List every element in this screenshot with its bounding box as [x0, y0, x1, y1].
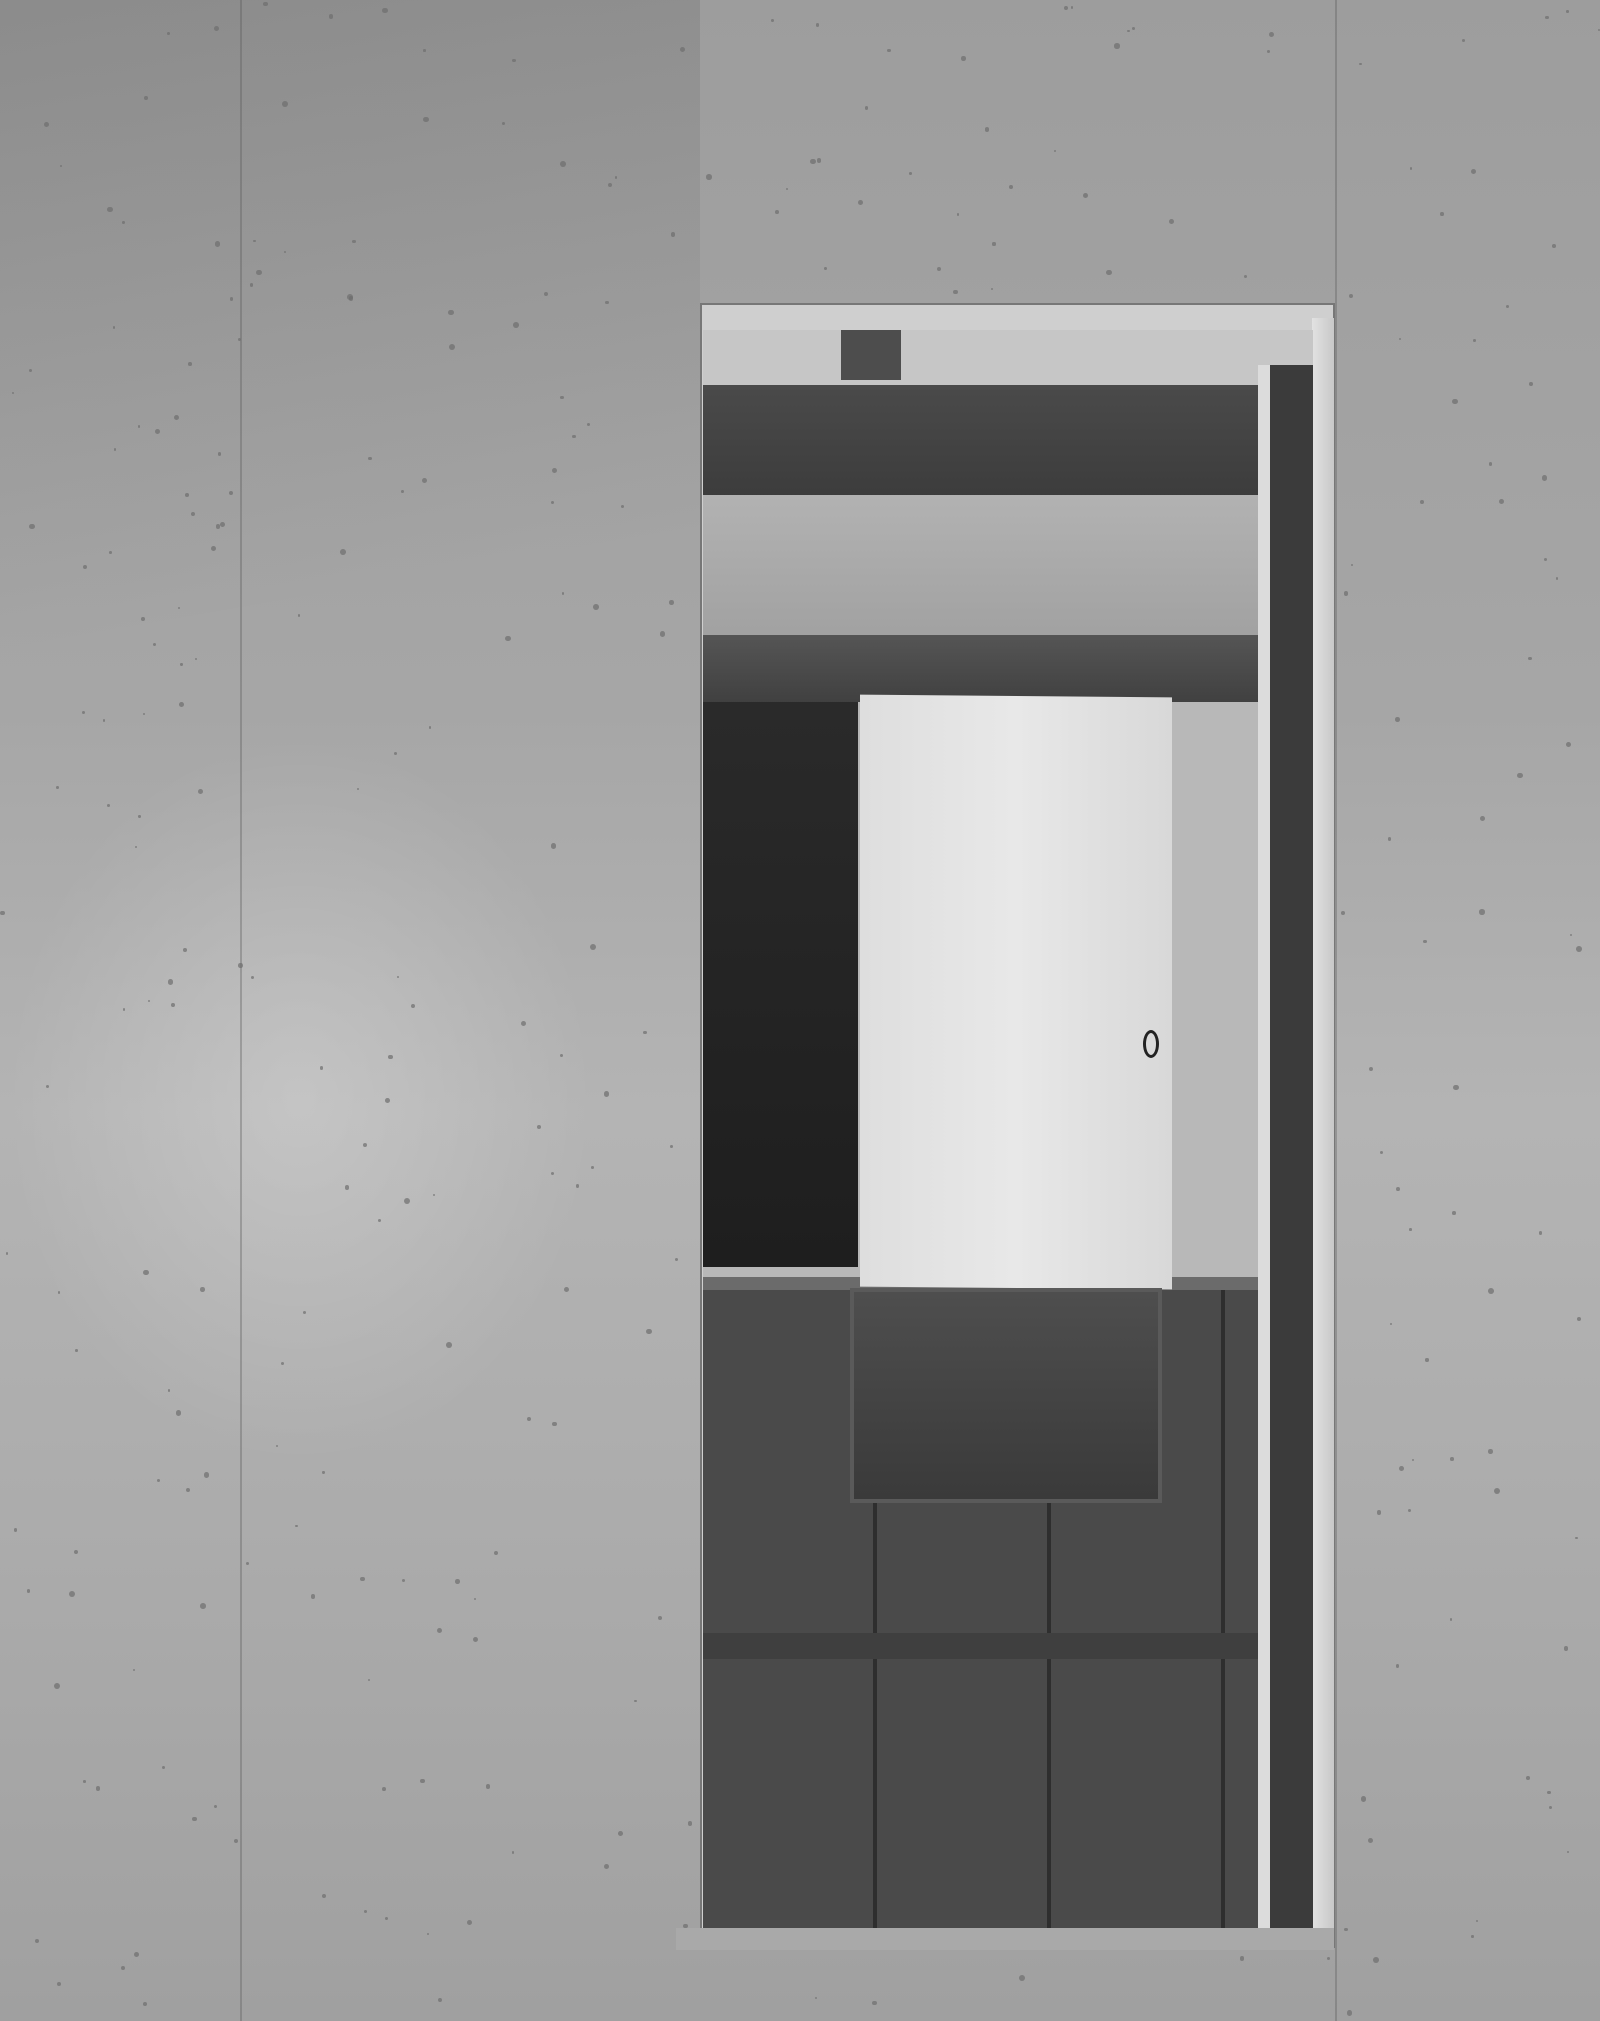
speck	[138, 815, 140, 817]
speck	[295, 1525, 297, 1527]
speck	[1054, 150, 1056, 152]
speck	[660, 631, 665, 636]
speck	[360, 1577, 365, 1582]
speck	[560, 1054, 563, 1057]
speck	[200, 1287, 205, 1292]
speck	[1566, 10, 1568, 12]
speck	[433, 1194, 435, 1196]
speck	[437, 1628, 442, 1633]
door-ring-handle-icon	[1143, 1030, 1159, 1058]
speck	[251, 976, 254, 979]
side-door-post	[1258, 365, 1313, 1928]
speck	[250, 283, 253, 286]
speck	[1368, 1838, 1373, 1843]
speck	[1528, 657, 1532, 661]
speck	[824, 267, 827, 270]
speck	[985, 127, 990, 132]
speck	[865, 106, 869, 110]
speck	[200, 1603, 206, 1609]
speck	[810, 159, 816, 165]
speck	[1390, 1323, 1392, 1325]
speck	[168, 1389, 171, 1392]
speck	[1598, 29, 1600, 31]
speck	[1369, 1067, 1373, 1071]
speck	[1529, 382, 1533, 386]
speck	[282, 101, 288, 107]
speck	[1114, 43, 1120, 49]
speck	[322, 1471, 324, 1473]
speck	[618, 1831, 623, 1836]
speck	[590, 944, 596, 950]
speck	[494, 1551, 498, 1555]
speck	[148, 1000, 150, 1002]
speck	[1476, 1920, 1478, 1922]
speck	[122, 221, 125, 224]
speck	[368, 1679, 371, 1682]
speck	[276, 1445, 278, 1447]
speck	[658, 1616, 662, 1620]
speck	[1542, 475, 1548, 481]
speck	[1071, 6, 1074, 9]
speck	[420, 1779, 425, 1784]
speck	[1577, 1317, 1581, 1321]
speck	[54, 1683, 60, 1689]
speck	[397, 976, 399, 978]
wall-shadow	[0, 0, 700, 820]
speck	[957, 213, 959, 215]
speck	[385, 1098, 390, 1103]
speck	[591, 1166, 594, 1169]
speck	[1410, 167, 1412, 169]
speck	[378, 1219, 382, 1223]
speck	[1399, 338, 1401, 340]
speck	[572, 435, 576, 439]
ceiling-post	[841, 330, 901, 380]
speck	[188, 362, 192, 366]
speck	[1549, 1806, 1552, 1809]
speck	[670, 1145, 673, 1148]
speck	[815, 1997, 817, 1999]
speck	[1267, 50, 1271, 54]
speck	[1450, 1457, 1454, 1461]
speck	[680, 47, 685, 52]
speck	[593, 604, 599, 610]
speck	[872, 2001, 877, 2006]
paper-door-panel	[860, 695, 1172, 1290]
speck	[1359, 63, 1361, 65]
speck	[604, 1864, 609, 1869]
speck	[263, 2, 267, 6]
speck	[1425, 1358, 1428, 1361]
speck	[1499, 499, 1504, 504]
wall-paper-seam	[1335, 0, 1337, 2021]
plaster-band	[703, 495, 1263, 640]
speck	[281, 1362, 284, 1365]
speck	[1564, 1646, 1568, 1650]
speck	[438, 1998, 442, 2002]
speck	[121, 1966, 125, 1970]
speck	[35, 1939, 39, 1943]
speck	[1575, 1537, 1578, 1540]
speck	[27, 1589, 31, 1593]
speck	[505, 636, 510, 641]
speck	[402, 1579, 405, 1582]
speck	[1349, 294, 1353, 298]
speck	[401, 490, 404, 493]
speck	[113, 326, 115, 328]
speck	[1169, 219, 1174, 224]
speck	[1453, 1085, 1458, 1090]
speck	[14, 1528, 18, 1532]
speck	[74, 1550, 78, 1554]
speck	[1269, 32, 1274, 37]
speck	[1373, 1957, 1379, 1963]
speck	[455, 1579, 460, 1584]
speck	[404, 1198, 410, 1204]
speck	[786, 188, 788, 190]
speck	[57, 1982, 61, 1986]
speck	[1539, 1231, 1542, 1234]
speck	[513, 322, 519, 328]
speck	[423, 117, 428, 122]
speck	[143, 1270, 148, 1275]
speck	[144, 96, 148, 100]
speck	[1488, 1449, 1493, 1454]
speck	[176, 1410, 181, 1415]
speck	[1526, 1776, 1530, 1780]
speck	[168, 979, 174, 985]
speck	[605, 301, 608, 304]
speck	[562, 592, 564, 594]
speck	[643, 1031, 646, 1034]
speck	[1479, 909, 1484, 914]
speck	[1019, 1975, 1025, 1981]
speck	[1412, 1459, 1414, 1461]
speck	[909, 172, 912, 175]
speck	[178, 607, 180, 609]
speck	[83, 1780, 86, 1783]
speck	[1570, 934, 1572, 936]
speck	[256, 270, 261, 275]
speck	[107, 804, 110, 807]
speck	[992, 242, 995, 245]
speck	[1450, 1618, 1452, 1620]
dark-inner-room	[703, 702, 858, 1267]
speck	[706, 174, 712, 180]
speck	[186, 1488, 190, 1492]
speck	[551, 1172, 554, 1175]
speck	[1552, 244, 1556, 248]
speck	[1440, 212, 1444, 216]
speck	[1396, 1187, 1400, 1191]
speck	[646, 1329, 651, 1334]
speck	[364, 1910, 367, 1913]
speck	[1399, 1466, 1404, 1471]
speck	[96, 1786, 101, 1791]
speck	[552, 1422, 556, 1426]
speck	[109, 551, 112, 554]
speck	[56, 786, 59, 789]
speck	[671, 232, 675, 236]
speck	[427, 1933, 429, 1935]
speck	[1408, 1509, 1411, 1512]
speck	[58, 1291, 60, 1293]
speck	[467, 1920, 472, 1925]
speck	[382, 8, 388, 14]
speck	[311, 1594, 316, 1599]
speck	[216, 524, 220, 528]
speck	[135, 846, 137, 848]
speck	[394, 752, 397, 755]
speck	[1489, 462, 1492, 465]
speck	[771, 19, 774, 22]
speck	[1377, 1510, 1382, 1515]
speck	[349, 296, 353, 300]
speck	[167, 32, 170, 35]
upper-beam	[703, 385, 1263, 500]
speck	[388, 1055, 392, 1059]
speck	[446, 1342, 452, 1348]
speck	[1566, 742, 1571, 747]
speck	[1240, 1956, 1244, 1960]
speck	[564, 1287, 569, 1292]
speck	[486, 1784, 491, 1789]
speck	[1452, 1211, 1456, 1215]
speck	[429, 726, 431, 728]
speck	[512, 1851, 515, 1854]
speck	[238, 963, 243, 968]
speck	[1471, 1935, 1473, 1937]
speck	[363, 1143, 367, 1147]
speck	[1132, 27, 1135, 30]
speck	[162, 1766, 165, 1769]
speck	[1244, 275, 1248, 279]
speck	[180, 663, 182, 665]
speck	[675, 1258, 678, 1261]
door-frame-right-edge	[1312, 318, 1334, 1928]
speck	[6, 1252, 8, 1254]
speck	[502, 122, 505, 125]
speck	[1106, 270, 1111, 275]
speck	[1462, 39, 1465, 42]
speck	[1064, 6, 1068, 10]
speck	[527, 1417, 531, 1421]
speck	[215, 241, 220, 246]
speck	[204, 1472, 209, 1477]
speck	[411, 1004, 415, 1008]
speck	[615, 176, 618, 179]
speck	[634, 1700, 636, 1702]
speck	[12, 392, 14, 394]
speck	[141, 617, 145, 621]
speck	[171, 1003, 175, 1007]
speck	[155, 429, 160, 434]
speck	[1488, 1288, 1494, 1294]
speck	[816, 23, 819, 26]
speck	[937, 267, 942, 272]
speck	[345, 1185, 350, 1190]
speck	[1420, 500, 1424, 504]
speck	[157, 1479, 160, 1482]
speck	[775, 210, 779, 214]
speck	[1409, 1228, 1412, 1231]
speck	[576, 1184, 580, 1188]
speck	[1380, 1151, 1383, 1154]
speck	[1547, 1791, 1551, 1795]
speck	[1494, 1488, 1500, 1494]
speck	[246, 1562, 249, 1565]
speck	[214, 1805, 217, 1808]
speck	[604, 1091, 610, 1097]
speck	[1083, 193, 1088, 198]
speck	[1341, 911, 1345, 915]
speck	[621, 505, 624, 508]
speck	[185, 493, 189, 497]
speck	[183, 948, 187, 952]
speck	[1344, 591, 1349, 596]
speck	[123, 1008, 126, 1011]
speck	[551, 843, 557, 849]
wall-paper-seam	[240, 0, 242, 2021]
speck	[298, 614, 300, 616]
speck	[322, 1894, 326, 1898]
speck	[537, 1125, 541, 1129]
speck	[385, 1917, 388, 1920]
speck	[1361, 1796, 1366, 1801]
speck	[473, 1637, 478, 1642]
speck	[192, 1817, 197, 1822]
speck	[382, 1787, 386, 1791]
doorway-opening	[703, 330, 1313, 1928]
speck	[1567, 1851, 1569, 1853]
speck	[1388, 837, 1392, 841]
speck	[1127, 30, 1130, 33]
speck	[1556, 577, 1558, 579]
speck	[75, 1349, 78, 1352]
speck	[1396, 1664, 1400, 1668]
speck	[220, 522, 225, 527]
speck	[858, 200, 863, 205]
speck	[961, 56, 965, 60]
speck	[69, 1591, 75, 1597]
speck	[143, 2002, 147, 2006]
speck	[1544, 558, 1547, 561]
speck	[29, 524, 34, 529]
speck	[320, 1066, 323, 1069]
speck	[234, 1839, 238, 1843]
photograph	[0, 0, 1600, 2021]
speck	[214, 26, 219, 31]
speck	[817, 158, 821, 162]
speck	[303, 1311, 306, 1314]
speck	[1452, 399, 1458, 405]
speck	[1473, 339, 1476, 342]
speck	[1395, 717, 1400, 722]
speck	[1423, 940, 1426, 943]
speck	[1327, 1957, 1330, 1960]
speck	[0, 911, 5, 916]
speck	[953, 290, 958, 295]
speck	[1576, 946, 1582, 952]
speck	[1545, 16, 1549, 20]
lintel	[703, 330, 1313, 392]
speck	[887, 49, 890, 52]
speck	[560, 161, 566, 167]
speck	[1517, 773, 1523, 779]
speck	[1480, 816, 1485, 821]
speck	[688, 1821, 692, 1825]
speck	[1344, 1928, 1348, 1932]
speck	[448, 310, 453, 315]
speck	[1351, 564, 1353, 566]
speck	[991, 288, 993, 290]
speck	[423, 49, 426, 52]
speck	[191, 512, 195, 516]
speck	[46, 1085, 49, 1088]
speck	[134, 1952, 139, 1957]
door-sill	[676, 1928, 1334, 1950]
wooden-door-panel	[850, 1288, 1162, 1503]
speck	[521, 1021, 526, 1026]
speck	[474, 1598, 477, 1601]
speck	[1009, 185, 1013, 189]
speck	[1347, 2010, 1352, 2015]
speck	[1506, 305, 1509, 308]
speck	[133, 1669, 135, 1671]
speck	[669, 600, 674, 605]
floor-rail	[703, 1633, 1263, 1659]
speck	[1471, 169, 1476, 174]
speck	[352, 240, 355, 243]
